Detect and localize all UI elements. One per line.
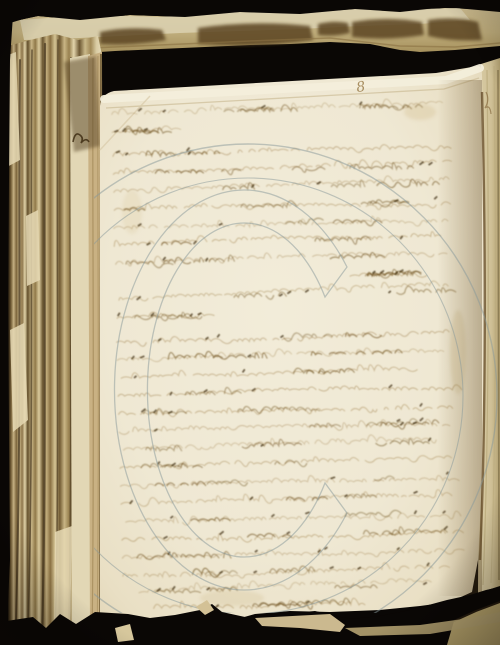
- manuscript-photo: 8: [0, 0, 500, 645]
- book-scene: 8: [0, 0, 500, 645]
- vignette: [0, 0, 500, 645]
